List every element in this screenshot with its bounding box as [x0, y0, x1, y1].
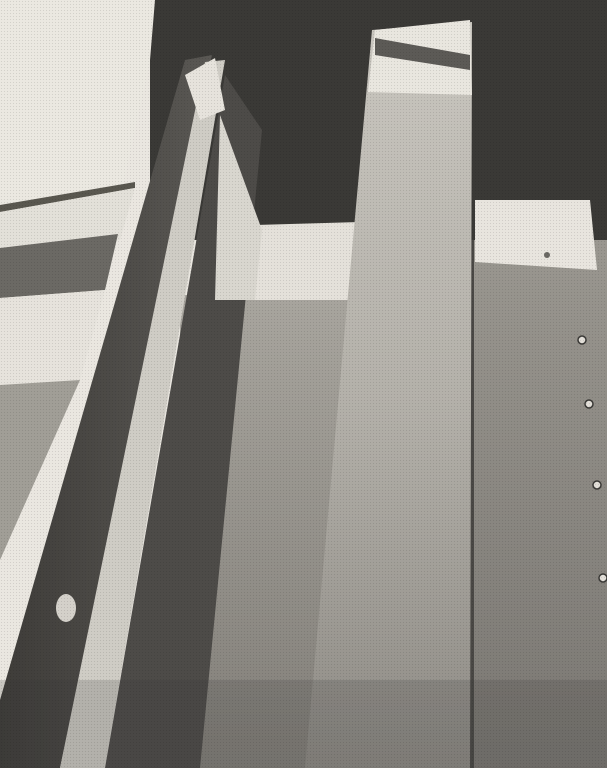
photograph [0, 0, 607, 768]
lit-patch-mid [250, 222, 360, 300]
light-band-left-2 [0, 290, 105, 385]
lit-patch-right [475, 200, 597, 270]
photo-scene [0, 0, 607, 768]
floor-shadow [0, 680, 607, 768]
bright-wall-left [0, 0, 155, 205]
bolt [56, 594, 76, 622]
